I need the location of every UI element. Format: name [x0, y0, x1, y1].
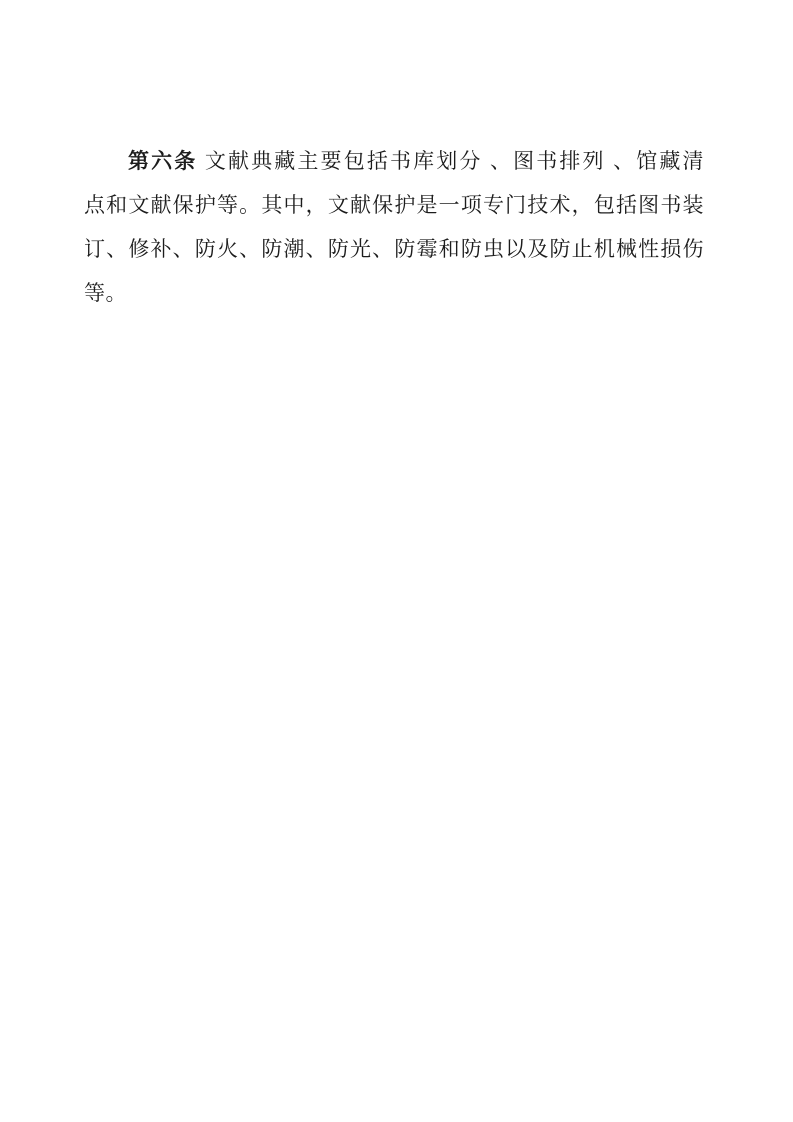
paragraph-line-3: 订、修补、防火、防潮、防光、防霉和防虫以及防止机械性损伤 [84, 227, 704, 271]
paragraph-line-1-text: 文献典藏主要包括书库划分 、图书排列 、馆藏清 [197, 149, 704, 173]
paragraph-line-2: 点和文献保护等。其中，文献保护是一项专门技术，包括图书装 [84, 183, 704, 227]
article-paragraph: 第六条 文献典藏主要包括书库划分 、图书排列 、馆藏清 点和文献保护等。其中，文… [84, 139, 704, 315]
paragraph-line-1: 第六条 文献典藏主要包括书库划分 、图书排列 、馆藏清 [84, 139, 704, 183]
paragraph-line-4: 等。 [84, 271, 704, 315]
document-page: 第六条 文献典藏主要包括书库划分 、图书排列 、馆藏清 点和文献保护等。其中，文… [0, 0, 793, 1122]
article-number-label: 第六条 [128, 149, 197, 173]
